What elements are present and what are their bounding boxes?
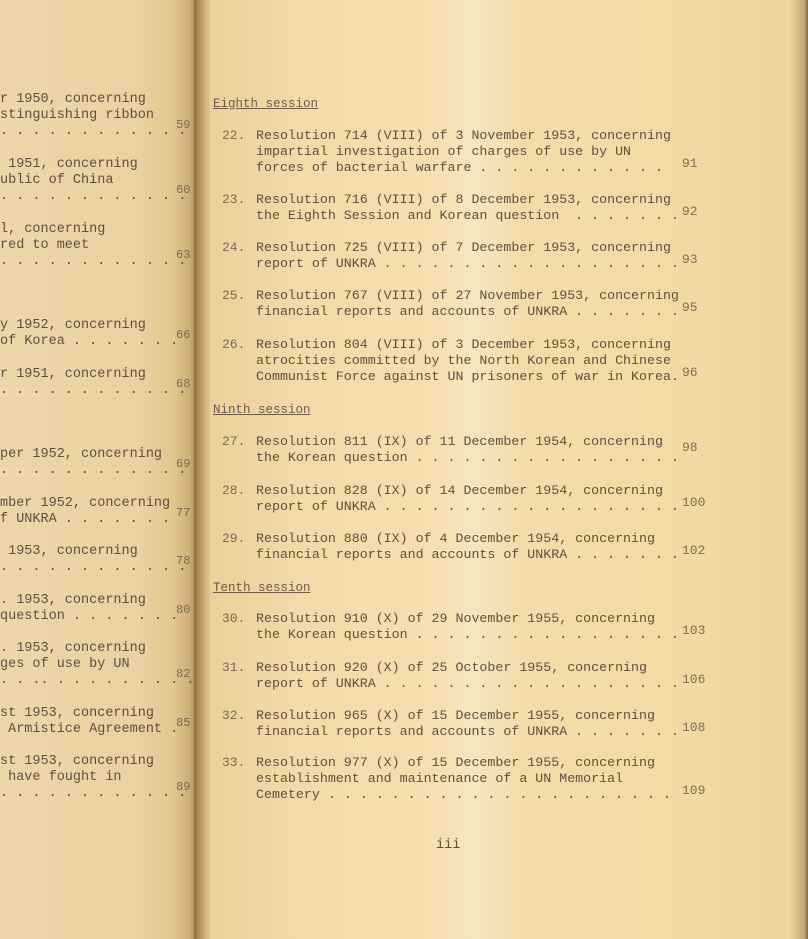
entry-title: Resolution 767 (VIII) of 27 November 195… bbox=[256, 288, 679, 320]
entry-title: Resolution 811 (IX) of 11 December 1954,… bbox=[256, 434, 679, 466]
left-page: r 1950, concerningstinguishing ribbon. .… bbox=[0, 0, 197, 939]
entry-number: 28. bbox=[222, 483, 245, 498]
left-page-line: . . . . . . . . . . . . . . bbox=[0, 124, 197, 139]
page-edge bbox=[804, 0, 808, 939]
left-page-number: 89 bbox=[176, 780, 190, 794]
left-page-line: ges of use by UN bbox=[0, 657, 130, 672]
left-page-number: 66 bbox=[176, 328, 190, 342]
entry-number: 27. bbox=[222, 434, 245, 449]
entry-number: 24. bbox=[222, 240, 245, 255]
entry-title: Resolution 716 (VIII) of 8 December 1953… bbox=[256, 192, 679, 224]
entry-number: 22. bbox=[222, 128, 245, 143]
entry-page-number: 96 bbox=[682, 365, 698, 380]
entry-number: 26. bbox=[222, 337, 245, 352]
left-page-line: mber 1952, concerning bbox=[0, 496, 170, 511]
left-page-line: . 1953, concerning bbox=[0, 641, 146, 656]
left-page-number: 59 bbox=[176, 118, 190, 132]
entry-title: Resolution 977 (X) of 15 December 1955, … bbox=[256, 755, 671, 804]
left-page-line: . . . . . . . . . . . . . .. bbox=[0, 463, 197, 478]
entry-page-number: 103 bbox=[682, 623, 705, 638]
left-page-line: of Korea . . . . . . . bbox=[0, 334, 178, 349]
left-page-line: Armistice Agreement . bbox=[0, 722, 178, 737]
left-page-number: 77 bbox=[176, 506, 190, 520]
entry-page-number: 102 bbox=[682, 543, 705, 558]
entry-page-number: 95 bbox=[682, 300, 698, 315]
session-heading: Tenth session bbox=[213, 581, 311, 595]
left-page-line: per 1952, concerning bbox=[0, 447, 162, 462]
left-page-line: red to meet bbox=[0, 238, 89, 253]
entry-number: 31. bbox=[222, 660, 245, 675]
left-page-line: . . .. . . . . . . . . . . bbox=[0, 673, 197, 688]
left-page-number: 82 bbox=[176, 667, 190, 681]
left-page-number: 68 bbox=[176, 377, 190, 391]
left-page-line: y 1952, concerning bbox=[0, 318, 146, 333]
left-page-line: stinguishing ribbon bbox=[0, 108, 154, 123]
entry-number: 32. bbox=[222, 708, 245, 723]
left-page-number: 78 bbox=[176, 554, 190, 568]
left-page-line: 1951, concerning bbox=[0, 157, 138, 172]
entry-number: 33. bbox=[222, 755, 245, 770]
left-page-line: . 1953, concerning bbox=[0, 593, 146, 608]
entry-page-number: 91 bbox=[682, 156, 698, 171]
entry-number: 30. bbox=[222, 611, 245, 626]
left-page-line: ublic of China bbox=[0, 173, 113, 188]
page-number: iii bbox=[436, 838, 460, 853]
left-page-line: st 1953, concerning bbox=[0, 706, 154, 721]
left-page-line: 1953, concerning bbox=[0, 544, 138, 559]
entry-number: 23. bbox=[222, 192, 245, 207]
entry-number: 29. bbox=[222, 531, 245, 546]
session-heading: Eighth session bbox=[213, 97, 318, 111]
entry-title: Resolution 965 (X) of 15 December 1955, … bbox=[256, 708, 679, 740]
left-page-line: . . . . . . . . . . . . . .. bbox=[0, 189, 197, 204]
left-page-number: 63 bbox=[176, 248, 190, 262]
entry-title: Resolution 880 (IX) of 4 December 1954, … bbox=[256, 531, 679, 563]
left-page-number: 60 bbox=[176, 183, 190, 197]
left-page-line: . . . . . . . . . . . . . . bbox=[0, 383, 197, 398]
session-heading: Ninth session bbox=[213, 403, 311, 417]
left-page-line: question . . . . . . . bbox=[0, 609, 178, 624]
entry-page-number: 106 bbox=[682, 672, 705, 687]
entry-title: Resolution 910 (X) of 29 November 1955, … bbox=[256, 611, 679, 643]
entry-title: Resolution 714 (VIII) of 3 November 1953… bbox=[256, 128, 671, 177]
entry-title: Resolution 804 (VIII) of 3 December 1953… bbox=[256, 337, 679, 386]
left-page-line: . . . . . . . . . . . . . . bbox=[0, 254, 197, 269]
left-page-number: 85 bbox=[176, 716, 190, 730]
left-page-line: . . . . . . . . . . . . . . bbox=[0, 786, 197, 801]
entry-title: Resolution 725 (VIII) of 7 December 1953… bbox=[256, 240, 679, 272]
left-page-number: 69 bbox=[176, 457, 190, 471]
left-page-line: f UNKRA . . . . . . . bbox=[0, 512, 170, 527]
entry-page-number: 98 bbox=[682, 440, 698, 455]
entry-number: 25. bbox=[222, 288, 245, 303]
left-page-line: r 1951, concerning bbox=[0, 367, 146, 382]
entry-page-number: 109 bbox=[682, 783, 705, 798]
left-page-line: . . . . . . . . . . . . . . bbox=[0, 560, 197, 575]
entry-page-number: 100 bbox=[682, 495, 705, 510]
entry-page-number: 108 bbox=[682, 720, 705, 735]
entry-title: Resolution 828 (IX) of 14 December 1954,… bbox=[256, 483, 679, 515]
left-page-line: r 1950, concerning bbox=[0, 92, 146, 107]
left-page-line: l, concerning bbox=[0, 222, 105, 237]
left-page-line: st 1953, concerning bbox=[0, 754, 154, 769]
entry-page-number: 93 bbox=[682, 252, 698, 267]
entry-page-number: 92 bbox=[682, 204, 698, 219]
left-page-line: have fought in bbox=[0, 770, 122, 785]
left-page-number: 80 bbox=[176, 603, 190, 617]
entry-title: Resolution 920 (X) of 25 October 1955, c… bbox=[256, 660, 679, 692]
